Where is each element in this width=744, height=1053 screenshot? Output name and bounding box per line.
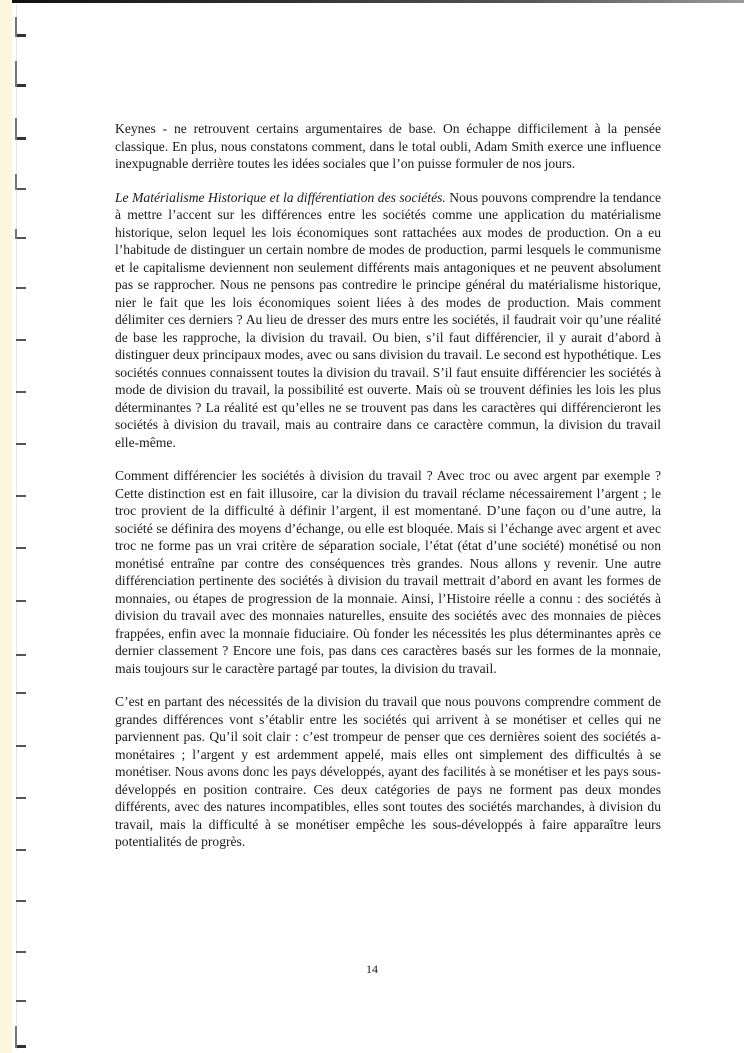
binding-mark [16,391,26,393]
binding-mark [16,84,26,87]
paragraph-body: Nous pouvons comprendre la tendance à me… [115,190,661,450]
document-body: Keynes - ne retrouvent certains argument… [115,120,661,867]
page-number: 14 [0,962,744,977]
binding-mark [16,951,26,953]
binding-mark [16,237,26,239]
binding-mark [16,34,26,37]
section-title: Le Matérialisme Historique et la différe… [115,190,446,205]
paragraph-monetiser: C’est en partant des nécessités de la di… [115,693,661,851]
binding-line [16,4,17,1049]
binding-mark [16,339,26,341]
binding-mark [16,654,26,656]
scan-left-margin [0,0,12,1053]
binding-mark [16,745,26,747]
scan-top-edge [0,0,744,3]
binding-mark [16,495,26,497]
paragraph-differencier: Comment différencier les sociétés à divi… [115,467,661,677]
paragraph-keynes: Keynes - ne retrouvent certains argument… [115,120,661,173]
binding-mark [16,692,26,694]
binding-mark [16,188,26,190]
binding-mark [16,1000,26,1002]
binding-mark [16,797,26,799]
binding-mark [16,547,26,549]
binding-mark [16,900,26,902]
binding-mark [16,600,26,602]
paragraph-materialisme: Le Matérialisme Historique et la différe… [115,189,661,452]
binding-mark [16,849,26,851]
binding-mark [16,1045,26,1048]
binding-mark [16,443,26,445]
binding-mark [16,287,26,289]
binding-mark [16,137,26,140]
